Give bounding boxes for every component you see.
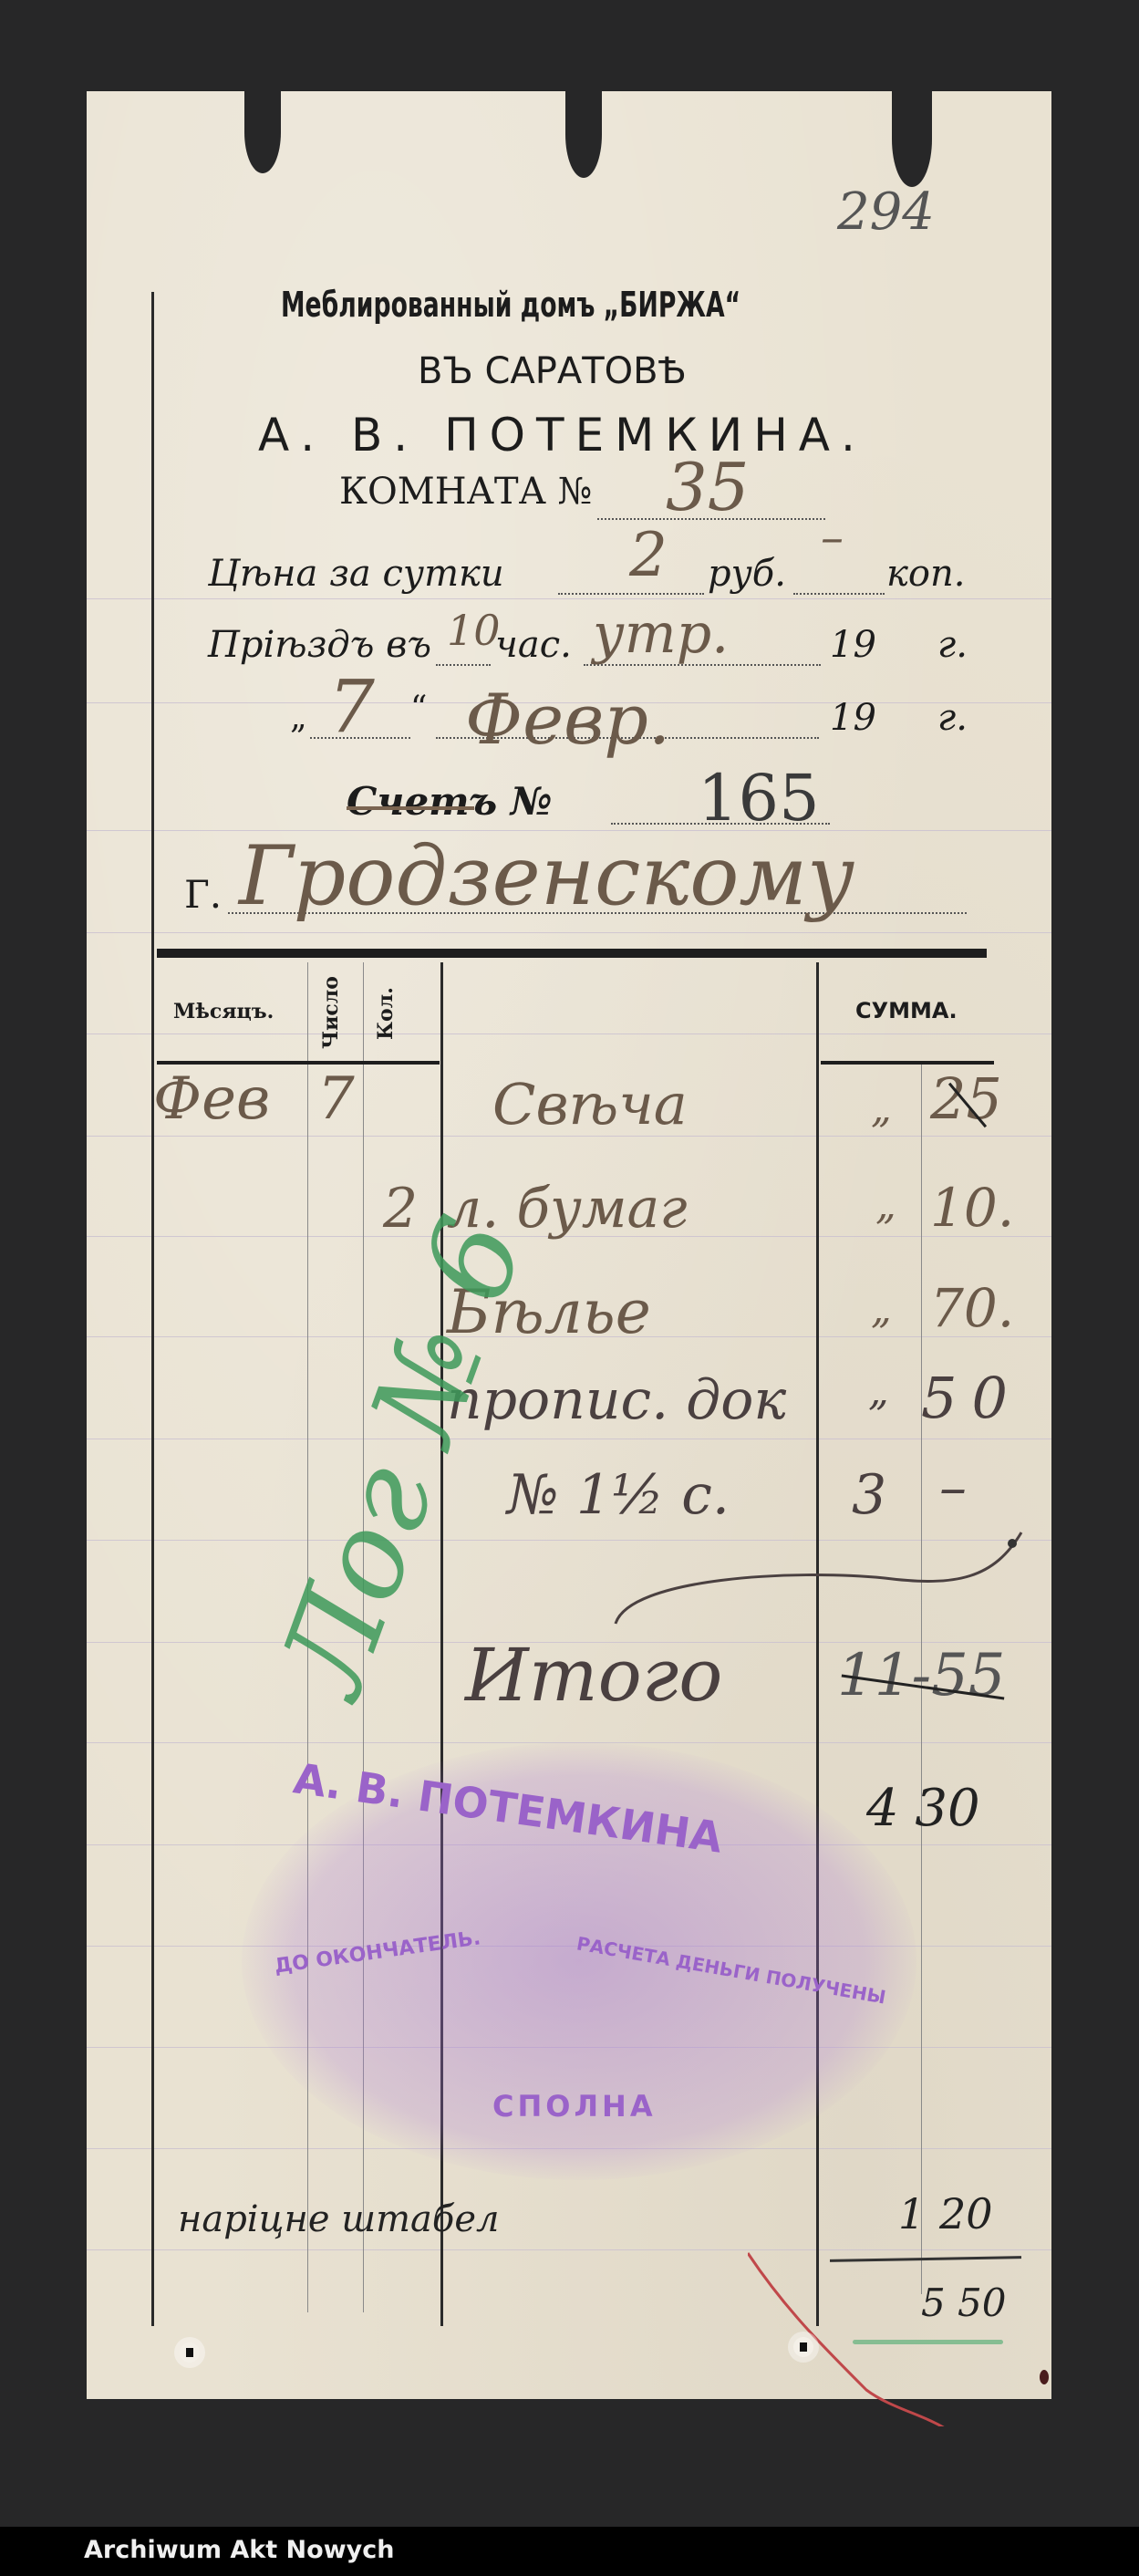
price-kop-value: – bbox=[821, 511, 844, 564]
bill-label-strike bbox=[347, 806, 474, 810]
extra-rub: 1 bbox=[898, 2189, 925, 2238]
price-kop-dotted-line bbox=[793, 593, 885, 595]
total-value-struck: 11-55 bbox=[837, 1642, 1006, 1709]
price-rub-value: 2 bbox=[629, 520, 668, 590]
price-rub-label: руб. bbox=[708, 553, 786, 595]
header-bottom-rule-right bbox=[821, 1061, 994, 1065]
row3-rub: „ bbox=[871, 1286, 892, 1333]
extra-item: наріцне штабел bbox=[178, 2198, 499, 2240]
ink-spot bbox=[1040, 2370, 1049, 2384]
date-year-label: 19 bbox=[830, 697, 876, 739]
date-quote-open: „ bbox=[290, 699, 307, 736]
date-day: 7 bbox=[328, 664, 375, 749]
stamp-bottom-text: СПОЛНА bbox=[492, 2089, 657, 2124]
bill-label: Счетъ № bbox=[347, 779, 552, 824]
arrival-hour-label: час. bbox=[495, 624, 572, 666]
flourish-line bbox=[611, 1514, 1049, 1642]
room-label: КОМНАТА № bbox=[339, 471, 592, 513]
row1-month: Фев bbox=[153, 1065, 270, 1133]
recipient-prefix: Г. bbox=[184, 872, 222, 917]
ruled-line bbox=[87, 1439, 1051, 1439]
ruled-line bbox=[87, 598, 1051, 599]
extra-kop: 20 bbox=[939, 2189, 993, 2238]
left-border-line bbox=[151, 292, 154, 2326]
hotel-owner: А. В. ПОТЕМКИНА. bbox=[258, 409, 866, 462]
row1-kop: 25 bbox=[930, 1065, 1002, 1132]
header-sum: СУММА. bbox=[855, 998, 958, 1023]
paper-notch bbox=[244, 91, 281, 173]
header-month: Мѣсяцъ. bbox=[173, 1000, 274, 1023]
header-day: Число bbox=[319, 976, 343, 1049]
arrival-year-label: 19 bbox=[830, 624, 876, 666]
recipient-name: Гродзенскому bbox=[239, 828, 854, 924]
date-year-suffix: г. bbox=[937, 697, 968, 739]
header-bottom-rule-left bbox=[157, 1061, 440, 1065]
room-number: 35 bbox=[666, 449, 750, 525]
date-quote-close: “ bbox=[410, 690, 427, 727]
arrival-label: Пріѣздъ въ bbox=[208, 624, 431, 666]
ruled-line bbox=[87, 1034, 1051, 1034]
row5-kop: – bbox=[939, 1456, 967, 1520]
table-top-rule bbox=[157, 949, 987, 958]
row1-day: 7 bbox=[317, 1065, 355, 1133]
arrival-period: утр. bbox=[593, 602, 729, 666]
paper-notch bbox=[892, 91, 932, 187]
row1-item: Свѣча bbox=[492, 1071, 688, 1137]
punch-hole bbox=[793, 2337, 813, 2357]
bill-number: 165 bbox=[698, 761, 820, 836]
page-number: 294 bbox=[837, 182, 935, 242]
total-value-corrected: 4 30 bbox=[866, 1779, 980, 1838]
row4-kop: 50 bbox=[921, 1365, 1022, 1431]
row4-rub: „ bbox=[868, 1368, 889, 1415]
price-dotted-line bbox=[558, 593, 704, 595]
column-divider-sum bbox=[816, 962, 819, 2326]
price-kop-label: коп. bbox=[886, 553, 965, 595]
row2-rub: „ bbox=[875, 1182, 896, 1229]
row3-kop: 70. bbox=[930, 1277, 1014, 1339]
arrival-hour: 10 bbox=[447, 606, 501, 655]
arrival-year-suffix: г. bbox=[937, 624, 968, 666]
paper-notch bbox=[565, 91, 602, 178]
archive-name: Archiwum Akt Nowych bbox=[84, 2536, 394, 2564]
row1-rub: „ bbox=[871, 1085, 892, 1132]
header-qty: Кол. bbox=[374, 987, 398, 1040]
ruled-line bbox=[87, 932, 1051, 933]
hotel-name: Меблированный домъ „БИРЖА“ bbox=[281, 285, 740, 325]
price-label: Цѣна за сутки bbox=[208, 553, 504, 595]
punch-hole bbox=[180, 2342, 200, 2363]
archive-footer: Archiwum Akt Nowych bbox=[0, 2527, 1139, 2576]
arrival-hour-dotted bbox=[436, 664, 491, 666]
row2-kop: 10. bbox=[930, 1177, 1014, 1239]
total-label: Итого bbox=[465, 1633, 722, 1718]
red-pencil-line bbox=[748, 2244, 1021, 2426]
date-month: Февр. bbox=[465, 679, 670, 760]
hotel-city: ВЪ САРАТОВѢ bbox=[418, 350, 686, 392]
